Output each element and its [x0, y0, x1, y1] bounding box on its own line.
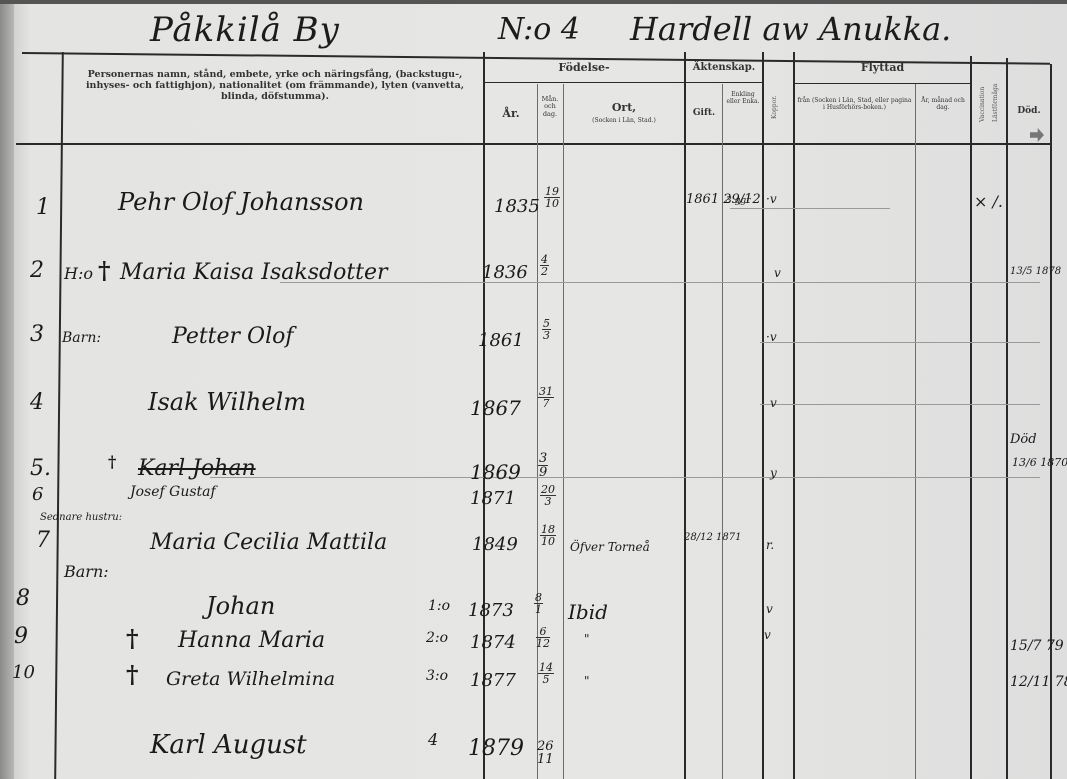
vaccination-mark: v [770, 396, 777, 410]
moved-group-rule [795, 83, 970, 84]
row-number: 5. [30, 456, 51, 481]
birth-year-header: År. [486, 108, 536, 121]
col-rule-marriage [684, 52, 686, 779]
col-rule-narrow1 [970, 56, 972, 779]
birth-place-ditto: " [584, 632, 590, 646]
vaccination-mark: v [774, 266, 781, 280]
row-number: 4 [30, 390, 44, 415]
birth-year: 1867 [470, 396, 521, 420]
vaccination-mark: v [764, 628, 771, 642]
deceased-cross-icon: † [126, 660, 139, 689]
birth-month-day: 1910 [544, 186, 560, 209]
row-number: 9 [14, 624, 28, 649]
birth-month-day: 39 [538, 452, 548, 479]
farm-name: Hardell aw Anukka. [630, 10, 951, 48]
vaccination-mark: v [766, 602, 773, 616]
person-name: Isak Wilhelm [148, 388, 306, 416]
died-date: 15/7 79 [1010, 638, 1064, 654]
birth-place: Ibid [568, 600, 608, 624]
birth-place: Öfver Torneå [570, 540, 650, 554]
col-rule-vacc [762, 52, 764, 779]
village-title: Påkkilå By [150, 10, 340, 50]
birth-month-day: 53 [542, 318, 551, 341]
person-name: Karl August [150, 730, 307, 760]
widowed-header: Enkling eller Enka. [724, 92, 762, 106]
deceased-cross-icon: † [126, 624, 139, 653]
child-order: 4 [428, 730, 438, 749]
birth-place-subheader: (Socken i Län, Stad.) [564, 118, 684, 125]
child-order: 2:o [426, 630, 448, 646]
row-number: 8 [16, 586, 30, 611]
birth-month-day: 612 [536, 626, 550, 649]
col-rule-num [54, 52, 64, 779]
row-prefix: H:o [64, 264, 93, 283]
birth-year: 1874 [470, 632, 516, 653]
person-name: Johan [206, 592, 275, 620]
birth-year: 1879 [468, 736, 524, 761]
birth-month-day: 1810 [540, 524, 556, 547]
narrow-col-1-header: Vaccination [980, 74, 987, 134]
birth-place-header: Ort, [564, 102, 684, 115]
arrow-icon [1030, 128, 1044, 142]
person-name: Maria Kaisa Isaksdotter [120, 260, 388, 285]
register-page: Påkkilå By N:o 4 Hardell aw Anukka. Pers… [0, 0, 1067, 779]
birth-month-day: 81 [534, 592, 543, 615]
birth-month-day: 203 [540, 484, 556, 507]
household-number: N:o 4 [498, 12, 580, 47]
birth-group-rule [484, 82, 684, 83]
header-bottom-rule [16, 143, 1050, 145]
deceased-cross-icon: † [108, 452, 116, 471]
birth-group-header: Födelse- [484, 62, 684, 75]
row-rule [210, 477, 1040, 478]
birth-year: 1869 [470, 460, 521, 484]
vaccination-mark: ·v [766, 192, 777, 206]
moved-date-header: År, månad och dag. [917, 98, 969, 112]
row-number: 6 [32, 484, 43, 505]
col-rule-place [563, 84, 564, 779]
marriage-group-header: Äktenskap. [686, 62, 762, 74]
birth-month-day-header: Mån. och dag. [538, 96, 562, 118]
died-label: Död [1010, 432, 1037, 447]
child-order: 3:o [426, 668, 448, 684]
birth-month-day: 317 [538, 386, 554, 409]
birth-year: 1835 [494, 196, 540, 217]
person-name: Greta Wilhelmina [166, 668, 335, 690]
row-prefix: Sednare hustru: [40, 512, 122, 523]
died-header: Död. [1008, 106, 1050, 116]
birth-year: 1871 [470, 488, 516, 509]
died-date: 12/11 78 [1010, 674, 1067, 690]
row-number: 2 [30, 258, 44, 283]
person-name: Josef Gustaf [130, 484, 216, 500]
birth-month-day: 42 [540, 254, 549, 277]
col-rule-right [1050, 64, 1052, 779]
birth-month-day: 145 [538, 662, 554, 685]
row-rule [760, 404, 1040, 405]
col-rule-moved [793, 52, 795, 779]
married-date: 28/12 1871 [684, 532, 741, 543]
row-rule [760, 342, 1040, 343]
birth-year: 1877 [470, 670, 516, 691]
row-number: 3 [30, 322, 44, 347]
page-top-edge [0, 0, 1067, 4]
birth-place-ditto: " [584, 674, 590, 688]
vaccination-mark: y [770, 466, 777, 480]
vaccination-header: Koppor. [772, 82, 779, 132]
birth-year: 1873 [468, 600, 514, 621]
birth-year: 1861 [478, 330, 524, 351]
person-name: Karl Johan [138, 456, 256, 481]
marriage-group-rule [686, 82, 762, 83]
col-rule-moved-date [915, 84, 916, 779]
deceased-cross-icon: † [98, 256, 111, 285]
narrow-col-2-header: Lästförmåga [993, 70, 1000, 136]
persons-column-header: Personernas namn, stånd, embete, yrke oc… [70, 70, 480, 103]
row-prefix: Barn: [64, 562, 109, 581]
married-note: 3 ggr [726, 196, 750, 206]
married-header: Gift. [686, 108, 722, 118]
birth-year: 1849 [472, 534, 518, 555]
person-name: Maria Cecilia Mattila [150, 530, 387, 555]
row-number: 7 [36, 528, 50, 553]
died-date: 13/5 1878 [1010, 266, 1061, 277]
row-number: 1 [36, 195, 50, 220]
row-prefix: Barn: [62, 330, 101, 346]
birth-year: 1836 [482, 262, 528, 283]
moved-group-header: Flyttad [795, 62, 970, 75]
narrow-mark: × /. [974, 192, 1003, 211]
person-name: Pehr Olof Johansson [118, 188, 364, 216]
person-name: Petter Olof [172, 324, 294, 349]
col-rule-narrow2 [1006, 58, 1008, 779]
child-order: 1:o [428, 598, 450, 614]
birth-month-day: 2611 [536, 740, 555, 766]
moved-from-header: från (Socken i Län, Stad, eller pagina i… [797, 98, 912, 112]
row-number: 10 [12, 662, 35, 683]
vaccination-mark: r. [766, 538, 774, 552]
row-rule [280, 282, 1040, 283]
col-rule-widowed [722, 84, 723, 779]
person-name: Hanna Maria [178, 628, 325, 653]
row-rule [730, 208, 890, 209]
vaccination-mark: ·v [766, 330, 777, 344]
died-date: 13/6 1870 [1012, 456, 1067, 469]
